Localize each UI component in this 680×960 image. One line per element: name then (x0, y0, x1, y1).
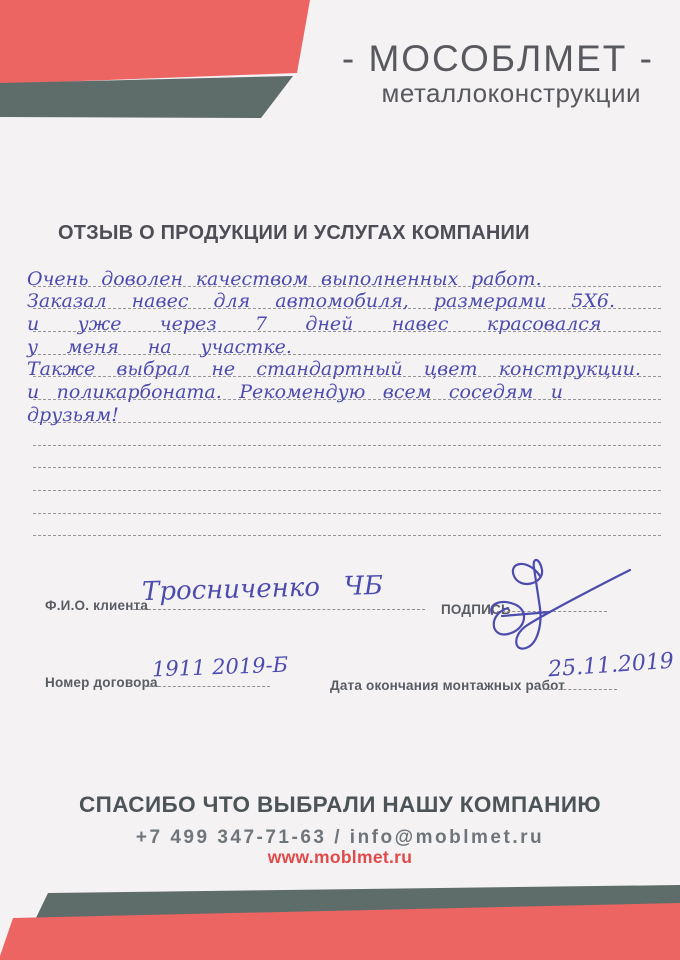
review-writing-area: Очень доволен качеством выполненных рабо… (33, 264, 661, 536)
ruled-line: Также выбрал не стандартный цвет констру… (33, 355, 661, 378)
logo-subtitle: металлоконструкции (342, 80, 654, 107)
company-logo: - МОСОБЛМЕТ - металлоконструкции (342, 40, 654, 107)
ruled-line (33, 468, 661, 491)
logo-title: - МОСОБЛМЕТ - (342, 40, 654, 79)
footer-thanks-text: СПАСИБО ЧТО ВЫБРАЛИ НАШУ КОМПАНИЮ (0, 792, 680, 818)
completion-date-label: Дата окончания монтажных работ (330, 678, 565, 693)
footer-email: info@moblmet.ru (350, 827, 544, 848)
footer-website: www.moblmet.ru (0, 847, 680, 868)
ruled-line (33, 491, 661, 514)
ruled-line: и поликарбоната. Рекомендую всем соседям… (33, 377, 661, 400)
footer-separator: / (326, 827, 349, 848)
client-name-value: Тросниченко ЧБ (142, 571, 384, 607)
ruled-line: Очень доволен качеством выполненных рабо… (33, 264, 661, 287)
footer-phone: +7 499 347-71-63 (136, 827, 327, 848)
ruled-line: у меня на участке. (33, 332, 661, 355)
ruled-line: друзьям! (33, 400, 661, 423)
scanned-review-form: - МОСОБЛМЕТ - металлоконструкции ОТЗЫВ О… (0, 0, 680, 960)
ruled-line: Заказал навес для автомобиля, размерами … (33, 287, 661, 310)
ruled-line (33, 423, 661, 446)
contract-number-label: Номер договора (45, 675, 158, 690)
signature-scribble (478, 550, 638, 660)
page-title: ОТЗЫВ О ПРОДУКЦИИ И УСЛУГАХ КОМПАНИИ (58, 222, 530, 245)
ruled-line (33, 514, 661, 537)
footer-contact-line: +7 499 347-71-63 / info@moblmet.ru (0, 827, 680, 849)
top-red-banner (0, 0, 310, 84)
ruled-line (33, 446, 661, 469)
bottom-red-banner (0, 903, 680, 960)
top-slate-banner (0, 76, 293, 118)
bottom-slate-banner (34, 885, 680, 922)
ruled-line: и уже через 7 дней навес красовался (33, 309, 661, 332)
contract-number-value: 1911 2019-Б (152, 653, 289, 682)
